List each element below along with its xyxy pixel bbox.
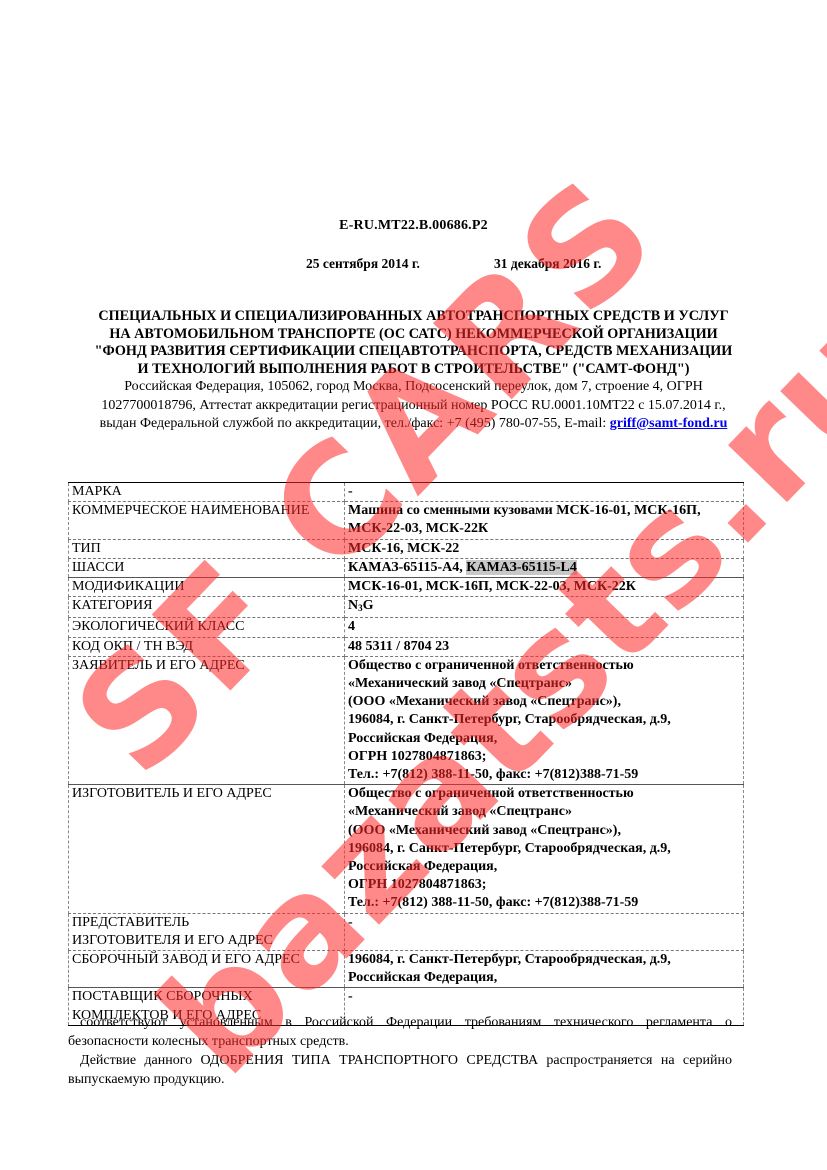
org-title-line: СПЕЦИАЛЬНЫХ И СПЕЦИАЛИЗИРОВАННЫХ АВТОТРА…: [40, 308, 787, 326]
org-title-line: НА АВТОМОБИЛЬНОМ ТРАНСПОРТЕ (ОС САТС) НЕ…: [40, 326, 787, 344]
value-line: Машина со сменными кузовами МСК-16-01, М…: [348, 502, 740, 520]
org-address-line: Российская Федерация, 105062, город Моск…: [40, 378, 787, 397]
footer-text: соответствуют установленным в Российской…: [68, 1013, 732, 1089]
row-value-okp-code: 48 5311 / 8704 23: [345, 637, 744, 656]
table-row: КОД ОКП / ТН ВЭД 48 5311 / 8704 23: [69, 637, 744, 656]
vehicle-spec-table: МАРКА - КОММЕРЧЕСКОЕ НАИМЕНОВАНИЕ Машина…: [68, 482, 744, 1026]
value-line: 196084, г. Санкт-Петербург, Старообрядче…: [348, 951, 740, 969]
row-value-chassis: КАМАЗ-65115-А4, КАМАЗ-65115-L4: [345, 558, 744, 577]
value-line: Российская Федерация,: [348, 858, 740, 876]
scope-paragraph: Действие данного ОДОБРЕНИЯ ТИПА ТРАНСПОР…: [68, 1051, 732, 1089]
value-line: 196084, г. Санкт-Петербург, Старообрядче…: [348, 840, 740, 858]
email-link[interactable]: griff@samt-fond.ru: [610, 416, 728, 431]
row-value-applicant: Общество с ограниченной ответственностью…: [345, 656, 744, 784]
table-row: МОДИФИКАЦИИ МСК-16-01, МСК-16П, МСК-22-0…: [69, 578, 744, 597]
table-row: КОММЕРЧЕСКОЕ НАИМЕНОВАНИЕ Машина со смен…: [69, 502, 744, 539]
value-line: «Механический завод «Спецтранс»: [348, 675, 740, 693]
cert-number: E-RU.MT22.B.00686.P2: [0, 218, 827, 234]
row-label-representative: ПРЕДСТАВИТЕЛЬ ИЗГОТОВИТЕЛЯ И ЕГО АДРЕС: [69, 913, 345, 950]
chassis-value-1: КАМАЗ-65115-А4,: [348, 560, 466, 575]
category-tail: G: [363, 598, 374, 613]
value-line: Тел.: +7(812) 388-11-50, факс: +7(812)38…: [348, 894, 740, 912]
table-row: ЭКОЛОГИЧЕСКИЙ КЛАСС 4: [69, 618, 744, 637]
row-label-category: КАТЕГОРИЯ: [69, 597, 345, 618]
org-details: Российская Федерация, 105062, город Моск…: [40, 378, 787, 434]
row-label-modifications: МОДИФИКАЦИИ: [69, 578, 345, 597]
table-row: ИЗГОТОВИТЕЛЬ И ЕГО АДРЕС Общество с огра…: [69, 785, 744, 913]
row-value-type: МСК-16, МСК-22: [345, 539, 744, 558]
row-label-type: ТИП: [69, 539, 345, 558]
date-from: 25 сентября 2014 г.: [306, 256, 420, 272]
org-title-line: И ТЕХНОЛОГИЙ ВЫПОЛНЕНИЯ РАБОТ В СТРОИТЕЛ…: [40, 361, 787, 379]
certification-body-block: СПЕЦИАЛЬНЫХ И СПЕЦИАЛИЗИРОВАННЫХ АВТОТРА…: [40, 308, 787, 434]
chassis-value-2-highlighted: КАМАЗ-65115-L4: [466, 560, 577, 575]
value-line: Российская Федерация,: [348, 969, 740, 987]
org-title-line: "ФОНД РАЗВИТИЯ СЕРТИФИКАЦИИ СПЕЦАВТОТРАН…: [40, 343, 787, 361]
row-label-assembly-plant: СБОРОЧНЫЙ ЗАВОД И ЕГО АДРЕС: [69, 951, 345, 988]
row-label-chassis: ШАССИ: [69, 558, 345, 577]
table-row: КАТЕГОРИЯ N3G: [69, 597, 744, 618]
date-to: 31 декабря 2016 г.: [494, 256, 601, 272]
table-row: ШАССИ КАМАЗ-65115-А4, КАМАЗ-65115-L4: [69, 558, 744, 577]
value-line: Тел.: +7(812) 388-11-50, факс: +7(812)38…: [348, 766, 740, 784]
value-line: 196084, г. Санкт-Петербург, Старообрядче…: [348, 711, 740, 729]
label-line: ПРЕДСТАВИТЕЛЬ: [72, 914, 341, 932]
label-line: ПОСТАВЩИК СБОРОЧНЫХ: [72, 988, 341, 1006]
row-label-commercial-name: КОММЕРЧЕСКОЕ НАИМЕНОВАНИЕ: [69, 502, 345, 539]
table-row: ТИП МСК-16, МСК-22: [69, 539, 744, 558]
row-value-manufacturer: Общество с ограниченной ответственностью…: [345, 785, 744, 913]
row-label-brand: МАРКА: [69, 483, 345, 502]
row-value-representative: -: [345, 913, 744, 950]
row-value-eco-class: 4: [345, 618, 744, 637]
row-label-eco-class: ЭКОЛОГИЧЕСКИЙ КЛАСС: [69, 618, 345, 637]
value-line: ОГРН 1027804871863;: [348, 876, 740, 894]
row-label-okp-code: КОД ОКП / ТН ВЭД: [69, 637, 345, 656]
value-line: (ООО «Механический завод «Спецтранс»),: [348, 693, 740, 711]
row-label-manufacturer: ИЗГОТОВИТЕЛЬ И ЕГО АДРЕС: [69, 785, 345, 913]
row-value-commercial-name: Машина со сменными кузовами МСК-16-01, М…: [345, 502, 744, 539]
table-row: СБОРОЧНЫЙ ЗАВОД И ЕГО АДРЕС 196084, г. С…: [69, 951, 744, 988]
value-line: «Механический завод «Спецтранс»: [348, 803, 740, 821]
value-line: (ООО «Механический завод «Спецтранс»),: [348, 822, 740, 840]
compliance-paragraph: соответствуют установленным в Российской…: [68, 1013, 732, 1051]
value-line: ОГРН 1027804871863;: [348, 748, 740, 766]
label-line: ИЗГОТОВИТЕЛЯ И ЕГО АДРЕС: [72, 932, 341, 950]
row-value-modifications: МСК-16-01, МСК-16П, МСК-22-03, МСК-22К: [345, 578, 744, 597]
value-line: Общество с ограниченной ответственностью: [348, 657, 740, 675]
org-contact-text: выдан Федеральной службой по аккредитаци…: [100, 416, 610, 431]
org-title: СПЕЦИАЛЬНЫХ И СПЕЦИАЛИЗИРОВАННЫХ АВТОТРА…: [40, 308, 787, 378]
value-line: Российская Федерация,: [348, 730, 740, 748]
value-line: МСК-22-03, МСК-22К: [348, 520, 740, 538]
org-contact-line: выдан Федеральной службой по аккредитаци…: [40, 415, 787, 434]
row-label-applicant: ЗАЯВИТЕЛЬ И ЕГО АДРЕС: [69, 656, 345, 784]
category-main: N: [348, 598, 358, 613]
row-value-brand: -: [345, 483, 744, 502]
value-line: Общество с ограниченной ответственностью: [348, 785, 740, 803]
table-row: МАРКА -: [69, 483, 744, 502]
table-row: ЗАЯВИТЕЛЬ И ЕГО АДРЕС Общество с огранич…: [69, 656, 744, 784]
row-value-assembly-plant: 196084, г. Санкт-Петербург, Старообрядче…: [345, 951, 744, 988]
table-row: ПРЕДСТАВИТЕЛЬ ИЗГОТОВИТЕЛЯ И ЕГО АДРЕС -: [69, 913, 744, 950]
row-value-category: N3G: [345, 597, 744, 618]
org-accreditation-line: 1027700018796, Аттестат аккредитации рег…: [40, 397, 787, 416]
